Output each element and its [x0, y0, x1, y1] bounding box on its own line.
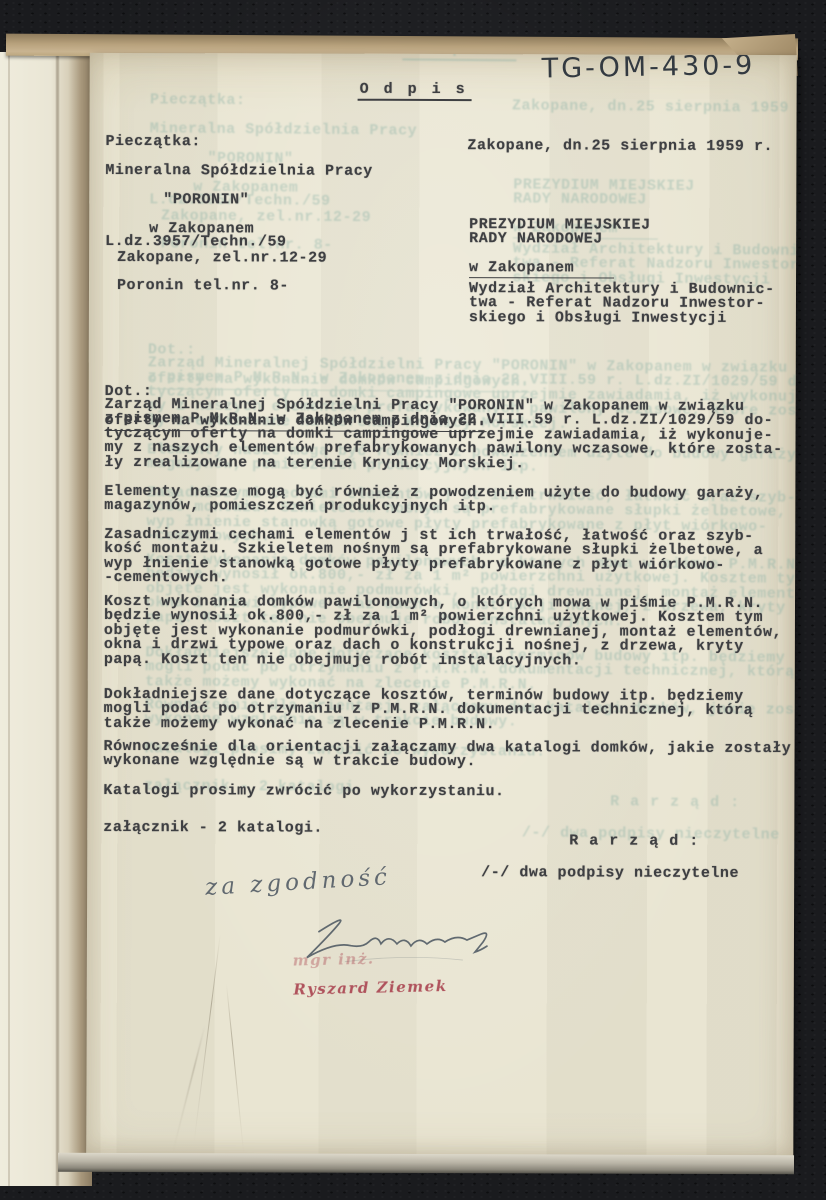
scanned-document-page: O d p i s Pieczątka: Mineralna Spółdziel…: [0, 0, 826, 1200]
body-paragraph: Katalogi prosimy zwrócić po wykorzystani…: [103, 784, 796, 801]
name-stamp: mgr inż. Ryszard Ziemek: [292, 936, 448, 997]
facing-page-edge: [0, 52, 92, 1186]
recipient-city: w Zakopanem: [469, 261, 614, 279]
body-paragraph: Równocześnie dla orientacji załączamy dw…: [103, 740, 796, 771]
sender-line: "PORONIN": [163, 193, 372, 208]
sender-line: Poronin tel.nr. 8-: [117, 279, 372, 294]
sender-line: Mineralna Spółdzielnia Pracy: [105, 164, 372, 179]
doc-type-heading: O d p i s: [358, 83, 472, 102]
recipient-name: PREZYDIUM MIEJSKIEJ RADY NARODOWEJ: [469, 218, 651, 247]
sender-stamp-block: Pieczątka: Mineralna Spółdzielnia Pracy …: [105, 121, 373, 309]
letter-sheet: O d p i s Pieczątka: Mineralna Spółdziel…: [86, 53, 796, 1158]
typed-text-layer: O d p i s TG-OM-430-9 Pieczątka: Mineral…: [86, 53, 796, 1158]
sender-stamp-label: Pieczątka:: [105, 135, 372, 150]
recipient-department: Wydział Architektury i Budownic- twa - R…: [469, 282, 775, 326]
stamp-title-prefix: mgr inż.: [293, 950, 375, 970]
signature-title: R a r z ą d :: [569, 834, 699, 849]
attachment-note: załącznik - 2 katalogi.: [103, 821, 323, 836]
body-paragraph: Dokładniejsze dane dotyczące kosztów, te…: [104, 688, 797, 733]
sender-line: Zakopane, zel.nr.12-29: [117, 251, 372, 266]
body-paragraph: Zarząd Mineralnej Spółdzielni Pracy "POR…: [104, 398, 796, 472]
stamp-name: Ryszard Ziemek: [293, 977, 448, 999]
archival-number-handwritten: TG-OM-430-9: [542, 59, 756, 77]
bottom-page-stack-edge: [58, 1153, 794, 1175]
signature-note: /-/ dwa podpisy nieczytelne: [481, 866, 739, 881]
reference-number: L.dz.3957/Techn./59: [105, 235, 287, 250]
handwritten-certification: za zgodność: [205, 870, 391, 895]
body-paragraph: Elementy nasze mogą być również z powodz…: [104, 485, 796, 516]
body-paragraph: Zasadniczymi cechami elementów j st ich …: [104, 528, 797, 588]
date-line: Zakopane, dn.25 sierpnia 1959 r.: [467, 139, 773, 154]
body-paragraph: Koszt wykonania domków pawilonowych, o k…: [104, 595, 797, 669]
